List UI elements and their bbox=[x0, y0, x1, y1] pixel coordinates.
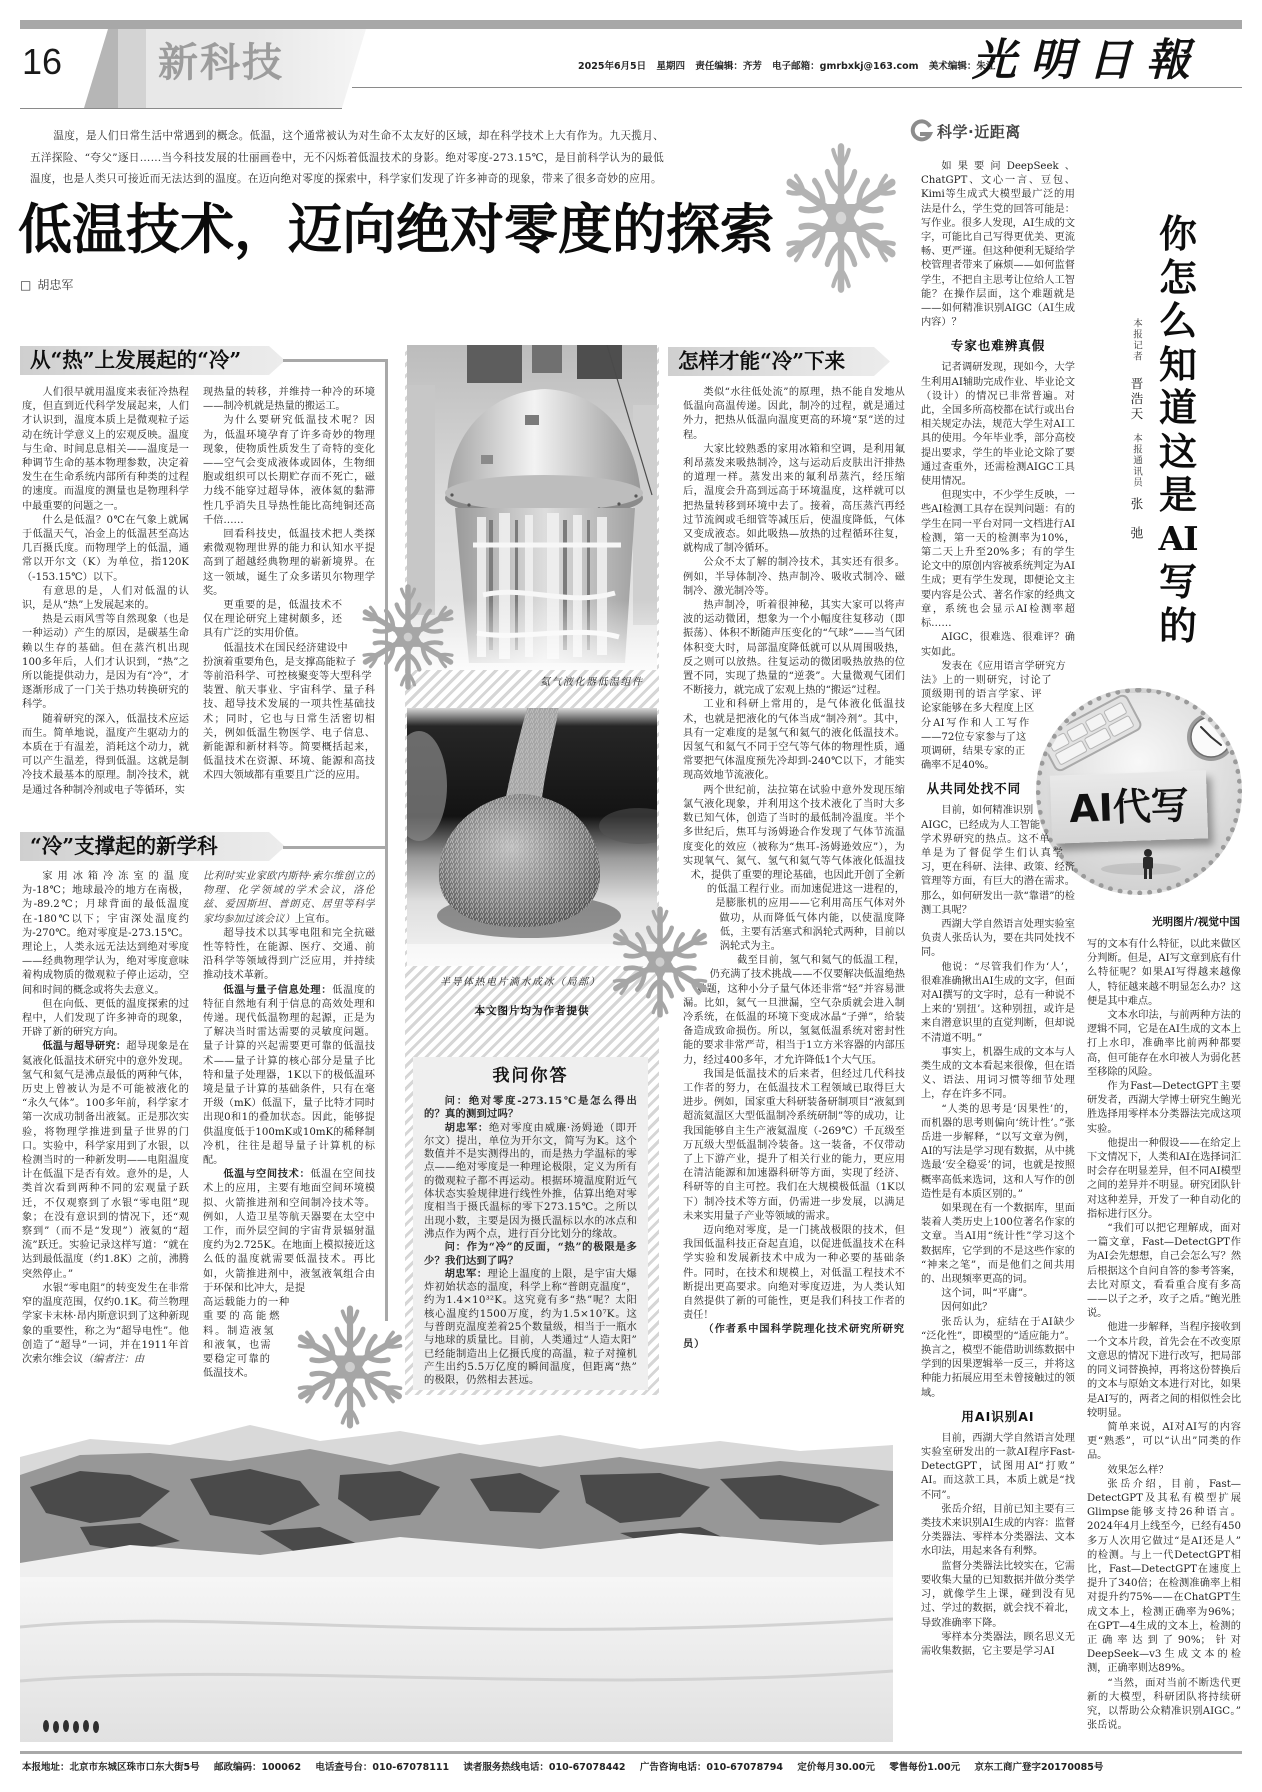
paragraph: 监督分类器法比较实在，它需要收集大量的已知数据并做分类学习，就像学生上课，碰到没… bbox=[921, 1560, 1075, 1631]
answer-label: 胡忠军： bbox=[445, 1268, 488, 1280]
paragraph: 人们很早就用温度来表征冷热程度，但直到近代科学发展起来，人们才认识到，温度本质上… bbox=[22, 386, 189, 514]
editor-note: 比利时实业家欧内斯特·索尔维创立的物理、化学领域的学术会议，洛伦兹、爱因斯坦、普… bbox=[203, 871, 375, 925]
section-title-2: “冷”支撑起的新学科 bbox=[20, 832, 285, 861]
answer-text: 理论上温度的上限，是宇宙大爆炸初始状态的温度，科学上称“普朗克温度”，约为1.4… bbox=[424, 1268, 637, 1386]
side-column-a: 如果要问DeepSeek、ChatGPT、文心一言、豆包、Kimi等生成式大模型… bbox=[921, 160, 1075, 1745]
paragraph: 我国是低温技术的后来者，但经过几代科技工作者的努力，在低温技术工程领域已取得巨大… bbox=[683, 1068, 905, 1224]
qa-answer: 胡忠军：绝对零度由威廉·汤姆逊（即开尔文）提出，单位为开尔文，简写为K。这个数值… bbox=[424, 1122, 637, 1242]
paragraph-text: 更重要的是，低温技术不仅在理论研究上建树颇多，还具有广泛的实用价值。 bbox=[203, 600, 342, 639]
paragraph: 工业和科研上常用的，是气体液化低温技术，也就是把液化的气体当成“制冷剂”。其中，… bbox=[683, 698, 905, 783]
photo-caption-1: 氦气液化器低温组件 bbox=[540, 676, 644, 689]
snowflake-icon bbox=[354, 582, 462, 692]
paragraph: 截至目前，氢气和氦气的低温工程，仍充满了技术挑战——不仅要解决低温绝热难题，这种… bbox=[683, 954, 905, 1068]
answer-label: 胡忠军： bbox=[445, 1122, 489, 1134]
byline-name-reporter: 晋浩天 bbox=[1127, 377, 1145, 422]
paragraph: 效果怎么样？ bbox=[1087, 1464, 1241, 1478]
paragraph: 类似“水往低处流”的原理，热不能自发地从低温向高温传递。因此，制冷的过程，就是通… bbox=[683, 386, 905, 443]
paragraph: 西湖大学自然语言处理实验室负责人张岳认为，要在共同处找不同。 bbox=[921, 918, 1075, 961]
byline-author: 胡忠军 bbox=[37, 278, 73, 292]
headline-glyph: AI bbox=[1156, 517, 1200, 561]
photo-polar-landscape bbox=[20, 1395, 893, 1742]
paragraph: 水银“零电阻”的转变发生在非常窄的温度范围，仅约0.1K。荷兰物理学家卡末林·昂… bbox=[22, 1282, 189, 1367]
subhead-ai-detect-ai: 用AI识别AI bbox=[921, 1409, 1075, 1425]
headline-glyph: 知 bbox=[1156, 343, 1200, 387]
paragraph: 更重要的是，低温技术不仅在理论研究上建树颇多，还具有广泛的实用价值。 bbox=[203, 599, 375, 642]
masthead-logo: 光明日報 bbox=[972, 34, 1204, 88]
section3-column: 类似“水往低处流”的原理，热不能自发地从低温向高温传递。因此，制冷的过程，就是通… bbox=[683, 386, 905, 1412]
section-banner-1: 从“热”上发展起的“冷” bbox=[20, 346, 285, 375]
paragraph: 记者调研发现，现如今，大学生利用AI辅助完成作业、毕业论文（设计）的情况已非常普… bbox=[921, 361, 1075, 489]
paragraph: “人类的思考是‘因果性’的，而机器的思考则偏向‘统计性’。”张岳进一步解释，“以… bbox=[921, 1103, 1075, 1202]
paragraph-lead: 低温与空间技术： bbox=[223, 1169, 310, 1180]
headline-glyph: 你 bbox=[1156, 212, 1200, 256]
paragraph: 热声制冷，听着很神秘，其实大家可以将声波的运动微团，想象为一个小幅度往复移动（即… bbox=[683, 599, 905, 698]
paragraph: 他说：“尽管我们作为‘人’，很难准确揪出AI生成的文字，但面对AI撰写的文字时，… bbox=[921, 961, 1075, 1046]
newspaper-page: 16 新科技 2025年6月5日 星期四 责任编辑：齐芳 电子邮箱：gmrbxk… bbox=[0, 0, 1262, 1792]
paragraph: 公众不太了解的制冷技术，其实还有很多。例如，半导体制冷、热声制冷、吸收式制冷、磁… bbox=[683, 556, 905, 599]
headline-glyph: 的 bbox=[1156, 604, 1200, 648]
paragraph: 两个世纪前，法拉第在试验中意外发现压缩氯气液化现象，并利用这个技术液化了当时大多… bbox=[683, 784, 905, 954]
responsible-editor: 责任编辑：齐芳 bbox=[695, 61, 762, 72]
paragraph: “当然，面对当前不断迭代更新的大模型，科研团队将持续研究，以帮助公众精准识别AI… bbox=[1087, 1677, 1241, 1734]
qa-question: 问：作为“冷”的反面，“热”的极限是多少？我们达到了吗？ bbox=[424, 1241, 637, 1268]
section-title-3: 怎样才能“冷”下来 bbox=[668, 347, 890, 376]
paragraph-text: 低温度的特征自然地有利于信息的高效处理和传递。现代低温物理的起源，正是为了解决当… bbox=[203, 985, 375, 1166]
paragraph: 什么是低温？0℃在气象上就属于低温天气，冶金上的低温甚至高达几百摄氏度。而物理学… bbox=[22, 514, 189, 585]
section1-column1: 人们很早就用温度来表征冷热程度，但直到近代科学发展起来，人们才认识到，温度本质上… bbox=[22, 386, 189, 810]
paragraph: 因何如此？ bbox=[921, 1301, 1075, 1315]
headline-glyph: 怎 bbox=[1156, 256, 1200, 300]
side-headline: 你 怎 么 知 道 这 是 AI 写 的 bbox=[1156, 212, 1200, 647]
byline-role-correspondent: 本报通讯员 bbox=[1129, 433, 1143, 488]
side-column-b: 写的文本有什么特征，以此来做区分判断。但是，AI写文章到底有什么特征呢？如果AI… bbox=[1087, 938, 1241, 1745]
paragraph: 有意思的是，人们对低温的认识，是从“热”上发展起来的。 bbox=[22, 585, 189, 613]
section-bracket-line bbox=[283, 846, 387, 849]
paragraph: 如果要问DeepSeek、ChatGPT、文心一言、豆包、Kimi等生成式大模型… bbox=[921, 160, 1075, 330]
top-rule bbox=[20, 20, 1242, 29]
paragraph: 但现实中，不少学生反映，一些AI检测工具存在误判问题：有的学生在同一平台对同一文… bbox=[921, 489, 1075, 631]
author-note: （作者系中国科学院理化技术研究所研究员） bbox=[683, 1323, 905, 1351]
footer-monthly-price: 定价每月30.00元 bbox=[797, 1762, 875, 1773]
paragraph: 低温与量子信息处理：低温度的特征自然地有利于信息的高效处理和传递。现代低温物理的… bbox=[203, 984, 375, 1169]
footer-postcode: 邮政编码：100062 bbox=[214, 1762, 301, 1773]
paragraph: 低温技术在国民经济建设中扮演着重要角色，是支撑高能粒子等前沿科学、可控核聚变等大… bbox=[203, 642, 375, 784]
paragraph: 热是云雨风雪等自然现象（也是一种运动）产生的原因，是碳基生命赖以生存的基础。但在… bbox=[22, 613, 189, 712]
section-name: 新科技 bbox=[158, 38, 284, 88]
photo-caption-2: 半导体热电片滴水成冰（局部） bbox=[440, 976, 601, 989]
section1-column2: 现热量的转移，并维持一种冷的环境——制冷机就是热量的搬运工。 为什么要研究低温技… bbox=[203, 386, 375, 810]
issue-date: 2025年6月5日 bbox=[578, 61, 646, 72]
header-rule-left bbox=[20, 108, 342, 109]
byline-name-correspondent: 张弛 bbox=[1127, 497, 1145, 556]
section-bracket-vertical bbox=[385, 359, 388, 1321]
image-credit: 光明图片/视觉中国 bbox=[1087, 914, 1240, 929]
paragraph-continued: 写的文本有什么特征，以此来做区分判断。但是，AI写文章到底有什么特征呢？如果AI… bbox=[1087, 938, 1241, 1009]
editor-email: 电子邮箱：gmrbxkj@163.com bbox=[772, 61, 918, 72]
paragraph: 大家比较熟悉的家用冰箱和空调，是利用氟利昂蒸发来吸热制冷，这与运动后皮肤出汗排热… bbox=[683, 443, 905, 557]
section-banner-2: “冷”支撑起的新学科 bbox=[20, 832, 285, 861]
answer-text: 绝对零度由威廉·汤姆逊（即开尔文）提出，单位为开尔文，简写为K。这个数值并不是实… bbox=[424, 1122, 637, 1240]
question-label: 问： bbox=[445, 1095, 469, 1107]
paragraph: 他进一步解释，当程序接收到一个文本片段，首先会在不改变原文意思的情况下进行改写，… bbox=[1087, 1321, 1241, 1420]
paragraph: 张岳认为，症结在于AI缺少“泛化性”，即模型的“适应能力”。换言之，模型不能借助… bbox=[921, 1316, 1075, 1401]
snowflake-icon bbox=[776, 140, 906, 296]
paragraph: 随着研究的深入，低温技术应运而生。简单地说，温度产生驱动力的本质在于有温差，消耗… bbox=[22, 713, 189, 798]
paragraph-lead: 低温与量子信息处理： bbox=[223, 985, 332, 996]
issue-weekday: 星期四 bbox=[656, 61, 685, 72]
paragraph-text: 超导现象是在氦液化低温技术研究中的意外发现。氢气和氦气是沸点最低的两种气体，历史… bbox=[22, 1041, 189, 1279]
lead-intro: 温度，是人们日常生活中常遇到的概念。低温，这个通常被认为对生命不太友好的区域，却… bbox=[30, 126, 664, 191]
qa-question: 问：绝对零度-273.15℃是怎么得出的？真的测到过吗？ bbox=[424, 1095, 637, 1122]
paragraph-continued: 现热量的转移，并维持一种冷的环境——制冷机就是热量的搬运工。 bbox=[203, 386, 375, 414]
paragraph: 这个词，叫“平庸”。 bbox=[921, 1287, 1075, 1301]
byline-box-icon: □ bbox=[20, 278, 31, 292]
footer-retail-price: 零售每份1.00元 bbox=[889, 1762, 960, 1773]
footer-info: 本报地址：北京市东城区珠市口东大街5号 邮政编码：100062 电话查号台：01… bbox=[22, 1759, 1114, 1773]
paragraph: 但在向低、更低的温度探索的过程中，人们发现了许多神奇的现象，开辟了新的研究方向。 bbox=[22, 998, 189, 1041]
headline-glyph: 么 bbox=[1156, 299, 1200, 343]
dateline: 2025年6月5日 星期四 责任编辑：齐芳 电子邮箱：gmrbxkj@163.c… bbox=[578, 58, 1002, 72]
page-number: 16 bbox=[22, 42, 62, 82]
qa-answer: 胡忠军：理论上温度的上限，是宇宙大爆炸初始状态的温度，科学上称“普朗克温度”，约… bbox=[424, 1268, 637, 1388]
clock-icon bbox=[1187, 713, 1235, 761]
headline-glyph: 这 bbox=[1156, 430, 1200, 474]
lead-byline: □胡忠军 bbox=[20, 276, 79, 293]
paragraph: 事实上，机器生成的文本与人类生成的文本看起来很像，但在语义、语法、用词习惯等细节… bbox=[921, 1046, 1075, 1103]
section2-column1: 家用冰箱冷冻室的温度为-18℃；地球最冷的地方在南极，为-89.2℃；月球背面的… bbox=[22, 870, 189, 1392]
section-banner-3: 怎样才能“冷”下来 bbox=[668, 347, 890, 376]
editor-note: （编者注：由 bbox=[83, 1354, 144, 1365]
footer-reader-hotline: 读者服务热线电话：010-67078442 bbox=[463, 1762, 625, 1773]
qa-box: 我问你答 问：绝对零度-273.15℃是怎么得出的？真的测到过吗？ 胡忠军：绝对… bbox=[413, 1057, 648, 1390]
paragraph-continued: 比利时实业家欧内斯特·索尔维创立的物理、化学领域的学术会议，洛伦兹、爱因斯坦、普… bbox=[203, 870, 375, 927]
snowflake-icon bbox=[604, 904, 716, 1020]
headline-glyph: 写 bbox=[1156, 560, 1200, 604]
question-label: 问： bbox=[445, 1241, 467, 1253]
lead-headline: 低温技术，迈向绝对零度的探索 bbox=[18, 196, 774, 262]
paragraph: 文本水印法，与前两种方法的逻辑不同，它是在AI生成的文本上打上水印，准确率比前两… bbox=[1087, 1009, 1241, 1080]
headline-glyph: 道 bbox=[1156, 386, 1200, 430]
paragraph: 简单来说，AI对AI写的内容更“熟悉”，可以“认出”同类的作品。 bbox=[1087, 1421, 1241, 1464]
byline-role-reporter: 本报记者 bbox=[1129, 318, 1143, 362]
footer-ad-phone: 广告咨询电话：010-67078794 bbox=[640, 1762, 783, 1773]
paragraph: 目前，西湖大学自然语言处理实验室研发出的一款AI程序Fast-DetectGPT… bbox=[921, 1432, 1075, 1503]
paragraph: 回看科技史，低温技术把人类探索微观物理世界的能力和认知水平提高到了超越经典物理的… bbox=[203, 528, 375, 599]
section-title-1: 从“热”上发展起的“冷” bbox=[20, 346, 285, 375]
qa-title: 我问你答 bbox=[424, 1065, 637, 1087]
column-tag: 科学·近距离 bbox=[910, 119, 1021, 143]
paragraph-text: 上宣布。 bbox=[295, 914, 336, 925]
footer-rule bbox=[20, 1751, 1242, 1754]
paragraph: AIGC，很难选、很难评？确实如此。 bbox=[921, 631, 1075, 659]
paragraph: 零样本分类器法，顾名思义无需收集数据，它主要是学习AI bbox=[921, 1631, 1075, 1659]
paragraph-text: 水银“零电阻”的转变发生在非常窄的温度范围，仅约0.1K。荷兰物理学家卡末林·昂… bbox=[22, 1283, 189, 1365]
paragraph: “我们可以把它理解成，面对一篇文章，Fast—DetectGPT作为AI会先想想… bbox=[1087, 1222, 1241, 1321]
paragraph: 作为Fast—DetectGPT主要研发者，西湖大学博士研究生鲍光胜选择用零样本… bbox=[1087, 1080, 1241, 1137]
snowflake-icon bbox=[288, 1303, 412, 1431]
paragraph: 发表在《应用语言学研究方法》上的一则研究，讨论了顶级期刊的语言学家、评论家能够在… bbox=[921, 660, 1075, 774]
paragraph: 张岳介绍，目前，Fast—DetectGPT及其私有模型扩展Glimpse能够支… bbox=[1087, 1478, 1241, 1677]
column-name: 科学·近距离 bbox=[937, 121, 1021, 142]
footer-address: 本报地址：北京市东城区珠市口东大街5号 bbox=[22, 1762, 200, 1773]
paragraph: 超导技术以其零电阻和完全抗磁性等特性，在能源、医疗、交通、前沿科学等领域得到广泛… bbox=[203, 927, 375, 984]
footer-ad-license: 京东工商广登字20170085号 bbox=[974, 1762, 1103, 1773]
paragraph: 迈向绝对零度，是一门挑战极限的技术，但我国低温科技正奋起直追，以促进低温技术在科… bbox=[683, 1224, 905, 1323]
section-bracket-line bbox=[283, 359, 387, 362]
paragraph: 低温与超导研究：超导现象是在氦液化低温技术研究中的意外发现。氢气和氦气是沸点最低… bbox=[22, 1040, 189, 1281]
paragraph: 为什么要研究低温技术呢？因为，低温环境孕育了许多奇妙的物理现象，使物质性质发生了… bbox=[203, 414, 375, 528]
paragraph: 张岳介绍，目前已知主要有三类技术来识别AI生成的内容：监督分类器法、零样本分类器… bbox=[921, 1503, 1075, 1560]
paragraph: 如果现在有一个数据库，里面装着人类历史上100位著名作家的文章。当AI用“统计性… bbox=[921, 1202, 1075, 1287]
paragraph-lead: 低温与超导研究： bbox=[42, 1041, 126, 1052]
g-logo-icon bbox=[910, 119, 934, 143]
subhead-experts: 专家也难辨真假 bbox=[921, 338, 1075, 354]
paragraph: 他提出一种假设——在给定上下文情况下，人类和AI在选择词汇时会存在明显差异，但不… bbox=[1087, 1137, 1241, 1222]
headline-glyph: 是 bbox=[1156, 473, 1200, 517]
footer-phone-directory: 电话查号台：010-67078111 bbox=[315, 1762, 449, 1773]
paragraph: 家用冰箱冷冻室的温度为-18℃；地球最冷的地方在南极，为-89.2℃；月球背面的… bbox=[22, 870, 189, 998]
